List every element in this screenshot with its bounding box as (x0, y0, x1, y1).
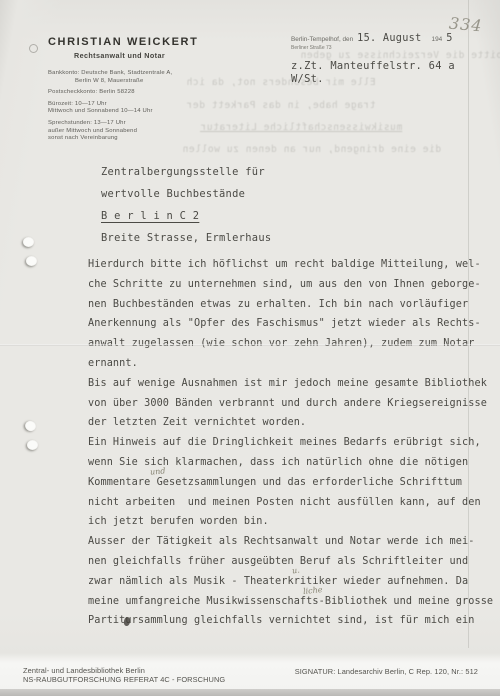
letter-body: Hierdurch bitte ich höflichst um recht b… (88, 259, 494, 635)
year-typed: 5 (446, 33, 452, 44)
body-line: Anerkennung als "Opfer des Faschismus" j… (88, 318, 494, 338)
bank-info-line1: Bankkonto: Deutsche Bank, Stadtzentrale … (48, 70, 198, 78)
recipient-city: B e r l i n C 2 (101, 210, 199, 222)
bleedthrough-line: musikwissenschaftliche Literatur (200, 122, 402, 133)
office-hours-line2: Mittwoch und Sonnabend 10—14 Uhr (48, 108, 198, 116)
body-line: nicht arbeiten und meinen Posten nicht a… (88, 497, 494, 517)
bank-info-line2: Berlin W 8, Mauerstraße (75, 78, 198, 86)
body-line: Hierdurch bitte ich höflichst um recht b… (88, 259, 494, 279)
year-printed: 194 (432, 36, 443, 43)
body-line: nen Buchbeständen etwas zu erhalten. Ich… (88, 299, 494, 319)
recipient-line4: Breite Strasse, Ermlerhaus (101, 227, 271, 249)
archive-department: NS-RAUBGUTFORSCHUNG REFERAT 4C - FORSCHU… (23, 676, 225, 685)
place-printed: Berlin-Tempelhof, den (291, 36, 353, 43)
office-hours-line1: Bürozeit: 10—17 Uhr (48, 101, 198, 109)
bleedthrough-line: trage habe, in das Parkett der (186, 100, 376, 111)
punch-hole (26, 256, 37, 266)
pencil-insertion-u: u. (291, 566, 300, 576)
scan-bottom-shadow (0, 689, 500, 696)
body-line: Ausser der Tätigkeit als Rechtsanwalt un… (88, 536, 494, 556)
archive-caption-strip: Zentral- und Landesbibliothek Berlin NS-… (0, 653, 500, 689)
body-line: ich jetzt berufen worden bin. (88, 516, 494, 536)
punch-hole (24, 419, 38, 432)
sender-name: CHRISTIAN WEICKERT (48, 36, 198, 48)
consultation-hours-line2: außer Mittwoch und Sonnabend (48, 128, 198, 136)
postal-account: Postscheckkonto: Berlin 58228 (48, 89, 198, 97)
bleedthrough-line: die eine dringend, nur an denen zu wolle… (182, 144, 441, 155)
body-line: Bis auf wenige Ausnahmen ist mir jedoch … (88, 378, 494, 398)
pencil-insertion-und: und (150, 466, 166, 476)
punch-hole (23, 237, 34, 247)
body-line: anwalt zugelassen (wie schon vor zehn Ja… (88, 338, 494, 358)
temporary-address-line2: W/St. (291, 73, 455, 86)
sender-title: Rechtsanwalt und Notar (74, 51, 198, 60)
document-scan: bitte die Verzeichnisse zu geben Elle mi… (0, 0, 500, 696)
body-line: Ein Hinweis auf die Dringlichkeit meines… (88, 437, 494, 457)
archive-signature: SIGNATUR: Landesarchiv Berlin, C Rep. 12… (295, 667, 478, 676)
recipient-address: Zentralbergungsstelle für wertvolle Buch… (101, 161, 271, 249)
small-hole-mark (29, 44, 38, 53)
date-typed: 15. August (357, 33, 421, 44)
handwritten-folio-number: 334 (448, 14, 483, 36)
body-line: meine umfangreiche Musikwissenschafts-Bi… (88, 596, 494, 616)
recipient-line2: wertvolle Buchbestände (101, 183, 271, 205)
body-line: ernannt. (88, 358, 494, 378)
dateline: Berlin-Tempelhof, den 15. August 194 5 B… (291, 33, 455, 86)
body-line: zwar nämlich als Musik - Theaterkritiker… (88, 576, 494, 596)
body-line: von über 3000 Bänden verbrannt und durch… (88, 398, 494, 418)
body-line: der letzten Zeit vernichtet worden. (88, 417, 494, 437)
letterhead: CHRISTIAN WEICKERT Rechtsanwalt und Nota… (48, 36, 198, 143)
body-line: Partitursammlung gleichfalls vernichtet … (88, 615, 494, 635)
consultation-hours-line1: Sprechstunden: 13—17 Uhr (48, 120, 198, 128)
punch-hole (27, 440, 38, 450)
body-line: che Schritte zu unternehmen sind, um aus… (88, 279, 494, 299)
recipient-line1: Zentralbergungsstelle für (101, 161, 271, 183)
consultation-hours-line3: sonst nach Vereinbarung (48, 135, 198, 143)
letterhead-street: Berliner Straße 73 (291, 45, 455, 51)
body-line: Kommentare Gesetzsammlungen und das erfo… (88, 477, 494, 497)
temporary-address-line1: z.Zt. Manteuffelstr. 64 a (291, 60, 455, 73)
fold-crease (0, 344, 500, 346)
